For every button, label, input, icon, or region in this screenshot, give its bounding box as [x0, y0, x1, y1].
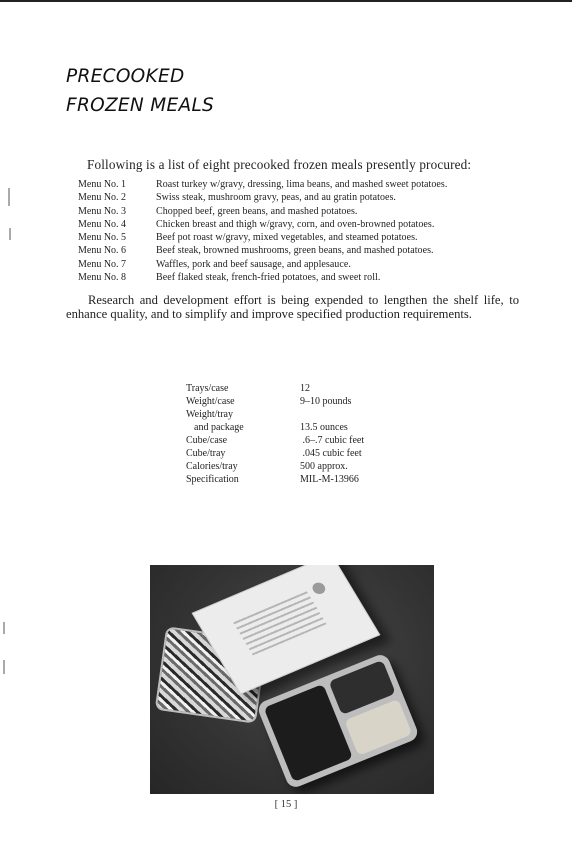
page-number: [ 15 ]	[0, 799, 572, 810]
spec-row: Cube/case .6–.7 cubic feet	[186, 434, 364, 447]
spec-label: Calories/tray	[186, 460, 300, 473]
title-line-1: PRECOOKED	[66, 62, 214, 91]
menu-number: Menu No. 8	[78, 271, 156, 284]
spec-row: Trays/case 12	[186, 382, 364, 395]
menu-description: Roast turkey w/gravy, dressing, lima bea…	[156, 178, 447, 191]
margin-scan-mark	[9, 228, 11, 240]
menu-description: Beef steak, browned mushrooms, green bea…	[156, 244, 434, 257]
menu-description: Waffles, pork and beef sausage, and appl…	[156, 258, 351, 271]
spec-value: MIL-M-13966	[300, 473, 359, 486]
spec-row: Weight/case 9–10 pounds	[186, 395, 364, 408]
menu-number: Menu No. 2	[78, 191, 156, 204]
menu-number: Menu No. 3	[78, 205, 156, 218]
spec-label: Trays/case	[186, 382, 300, 395]
spec-label: Specification	[186, 473, 300, 486]
spec-value: 9–10 pounds	[300, 395, 351, 408]
spec-value: 500 approx.	[300, 460, 348, 473]
spec-label: Cube/case	[186, 434, 300, 447]
margin-scan-mark	[3, 660, 5, 674]
menu-item: Menu No. 8 Beef flaked steak, french-fri…	[78, 271, 538, 284]
menu-item: Menu No. 7 Waffles, pork and beef sausag…	[78, 258, 538, 271]
menu-item: Menu No. 3 Chopped beef, green beans, an…	[78, 205, 538, 218]
menu-description: Swiss steak, mushroom gravy, peas, and a…	[156, 191, 396, 204]
spec-value: .045 cubic feet	[300, 447, 362, 460]
menu-description: Beef pot roast w/gravy, mixed vegetables…	[156, 231, 418, 244]
menu-number: Menu No. 4	[78, 218, 156, 231]
spec-row: Weight/tray and package 13.5 ounces	[186, 408, 364, 434]
spec-label-line-2: and package	[186, 421, 300, 434]
menu-list: Menu No. 1 Roast turkey w/gravy, dressin…	[78, 178, 538, 284]
margin-scan-mark	[3, 622, 5, 634]
menu-item: Menu No. 4 Chicken breast and thigh w/gr…	[78, 218, 538, 231]
spec-row: Calories/tray 500 approx.	[186, 460, 364, 473]
menu-number: Menu No. 6	[78, 244, 156, 257]
spec-value: .6–.7 cubic feet	[300, 434, 364, 447]
carton-seal-icon	[310, 581, 327, 596]
page-top-border	[0, 0, 572, 2]
spec-row: Cube/tray .045 cubic feet	[186, 447, 364, 460]
intro-text: Following is a list of eight precooked f…	[87, 157, 527, 173]
menu-description: Chopped beef, green beans, and mashed po…	[156, 205, 357, 218]
menu-description: Chicken breast and thigh w/gravy, corn, …	[156, 218, 434, 231]
research-paragraph: Research and development effort is being…	[66, 293, 519, 321]
frozen-meal-photo	[150, 565, 434, 794]
menu-number: Menu No. 7	[78, 258, 156, 271]
spec-label: Weight/tray and package	[186, 408, 300, 434]
spec-row: Specification MIL-M-13966	[186, 473, 364, 486]
page-title: PRECOOKED FROZEN MEALS	[66, 62, 214, 120]
specifications-table: Trays/case 12 Weight/case 9–10 pounds We…	[186, 382, 364, 486]
carton-label-text	[232, 590, 326, 656]
menu-item: Menu No. 2 Swiss steak, mushroom gravy, …	[78, 191, 538, 204]
spec-label: Weight/case	[186, 395, 300, 408]
spec-value: 12	[300, 382, 310, 395]
menu-description: Beef flaked steak, french-fried potatoes…	[156, 271, 380, 284]
spec-value: 13.5 ounces	[300, 421, 348, 434]
menu-number: Menu No. 1	[78, 178, 156, 191]
menu-item: Menu No. 5 Beef pot roast w/gravy, mixed…	[78, 231, 538, 244]
menu-item: Menu No. 1 Roast turkey w/gravy, dressin…	[78, 178, 538, 191]
title-line-2: FROZEN MEALS	[66, 91, 214, 120]
spec-label-line-1: Weight/tray	[186, 409, 233, 420]
spec-label: Cube/tray	[186, 447, 300, 460]
menu-item: Menu No. 6 Beef steak, browned mushrooms…	[78, 244, 538, 257]
menu-number: Menu No. 5	[78, 231, 156, 244]
margin-scan-mark	[8, 188, 10, 206]
